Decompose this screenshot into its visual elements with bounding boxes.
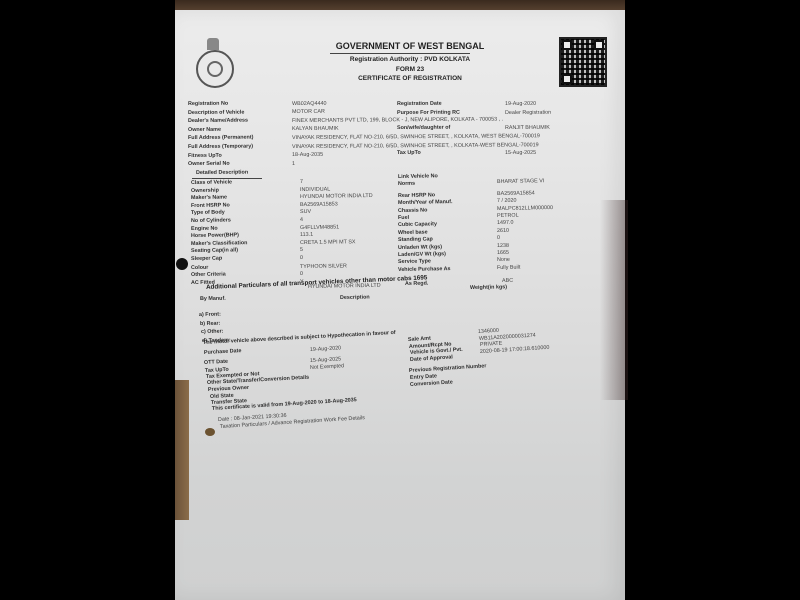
desc-value: 1238 <box>497 242 509 248</box>
field-value: WB02AQ4440 <box>292 100 327 106</box>
as-regd-label: As Regd. <box>405 281 428 287</box>
desc-label: Colour <box>191 264 208 270</box>
desc-value: Fully Built <box>497 264 520 270</box>
punch-hole <box>176 258 188 270</box>
certificate-title: CERTIFICATE OF REGISTRATION <box>300 75 520 82</box>
seal-stamp-icon <box>205 428 215 436</box>
field-label: Full Address (Temporary) <box>188 144 253 150</box>
field-label: Fitness UpTo <box>188 152 222 158</box>
emblem-crest-icon <box>207 38 219 50</box>
state-emblem-icon <box>196 50 234 88</box>
axle-item: a) Front: <box>199 312 221 318</box>
field-label: Description of Vehicle <box>188 109 244 115</box>
desc-label: Service Type <box>398 259 431 266</box>
field-value: Dealer Registration <box>505 109 551 115</box>
desc-label: Engine No <box>191 225 218 231</box>
desc-value: INDIVIDUAL <box>300 186 330 192</box>
desc-label: Horse Power(BHP) <box>191 233 239 240</box>
desc-label: Sleeper Cap <box>191 256 222 262</box>
field-label: Owner Name <box>188 127 221 133</box>
desc-label: Cubic Capacity <box>398 222 437 229</box>
desc-label: No of Cylinders <box>191 217 231 224</box>
desc-value: BA2569A15853 <box>300 201 338 208</box>
desc-value: 7 <box>300 179 303 185</box>
field-value: FINEX MERCHANTS PVT LTD, 199, BLOCK - J,… <box>292 116 503 123</box>
desc-label: Front HSRP No <box>191 202 230 209</box>
desc-value: 0 <box>300 255 303 261</box>
field-value: KALYAN BHAUMIK <box>292 126 339 132</box>
desc-value: 1497.0 <box>497 220 514 226</box>
description-label: Description <box>340 294 370 301</box>
desc-label: Vehicle Purchase As <box>398 266 451 273</box>
desc-value: None <box>497 257 510 263</box>
paper-curl-shadow <box>600 200 628 400</box>
desc-value: 2610 <box>497 228 509 234</box>
form-number: FORM 23 <box>300 66 520 73</box>
field-label: Registration Date <box>397 101 442 107</box>
desc-value: TYPHOON SILVER <box>300 263 347 270</box>
desc-value: CRETA 1.5 MPI MT SX <box>300 239 356 246</box>
registration-authority: Registration Authority : PVD KOLKATA <box>300 56 520 63</box>
desc-label: Link Vehicle No <box>398 173 438 180</box>
field-value: RANJIT BHAUMIK <box>505 125 550 131</box>
field-label: Tax UpTo <box>397 150 421 156</box>
desc-value: G4FLLVM48851 <box>300 224 339 231</box>
desc-value: ABC <box>502 278 513 284</box>
desc-value: 0 <box>497 235 500 241</box>
desc-value: MALPC812LLM000000 <box>497 205 553 212</box>
desc-label: Standing Cap <box>398 237 433 244</box>
desc-value: 0 <box>300 271 303 277</box>
desc-label: Rear HSRP No <box>398 192 435 199</box>
table-edge <box>175 380 189 520</box>
desc-value: 113.1 <box>300 232 313 238</box>
field-value: MOTOR CAR <box>292 109 325 115</box>
field-label: Registration No <box>188 101 228 107</box>
field-value: 15-Aug-2025 <box>505 150 536 156</box>
field-value: 1 <box>292 161 295 167</box>
desc-label: Wheel base <box>398 229 428 236</box>
desc-label: Class of Vehicle <box>191 179 232 186</box>
qr-code-icon <box>559 37 607 87</box>
field-label: Full Address (Permanent) <box>188 135 253 141</box>
field-value: 18-Aug-2035 <box>292 152 323 158</box>
field-label: Owner Serial No <box>188 161 230 167</box>
field-value: VINAYAK RESIDENCY, FLAT NO-210, 6/5D, SW… <box>292 142 539 150</box>
desc-label: Month/Year of Manuf. <box>398 199 453 206</box>
desc-label: Laden/GV Wt (kgs) <box>398 251 446 258</box>
axle-item: c) Other: <box>201 329 224 335</box>
desc-value: PETROL <box>497 213 519 219</box>
field-label: Purpose For Printing RC <box>397 109 460 115</box>
desc-value: 4 <box>300 217 303 223</box>
section-detailed-description: Detailed Description <box>196 170 248 176</box>
hyp-value: 1346000 <box>478 328 499 335</box>
title-underline <box>330 53 470 54</box>
field-label: Son/wife/daughter of <box>397 125 450 131</box>
desc-label: Fuel <box>398 215 409 221</box>
weight-label: Weight(in kgs) <box>470 284 507 291</box>
desc-label: Norms <box>398 181 415 187</box>
transport-maker: HYUNDAI MOTOR INDIA LTD <box>308 283 381 290</box>
desc-label: Unladen Wt (kgs) <box>398 244 442 251</box>
desc-label: Type of Body <box>191 210 225 216</box>
government-title: GOVERNMENT OF WEST BENGAL <box>300 41 520 51</box>
desc-label: Maker's Name <box>191 195 227 202</box>
registration-certificate-paper <box>175 10 625 600</box>
desc-value: 1665 <box>497 250 509 256</box>
desc-value: 5 <box>300 247 303 253</box>
desc-label: Ownership <box>191 187 219 193</box>
desc-value: SUV <box>300 209 311 215</box>
desc-value: HYUNDAI MOTOR INDIA LTD <box>300 193 373 200</box>
desc-label: Seating Cap(in all) <box>191 248 238 255</box>
desc-value: BA2569A15854 <box>497 190 535 197</box>
hyp-label: OTT Date <box>204 359 228 366</box>
by-manuf-label: By Manuf. <box>200 296 226 302</box>
field-value: 19-Aug-2020 <box>505 101 536 107</box>
axle-item: b) Rear: <box>200 320 220 326</box>
desc-label: Chassis No <box>398 207 427 214</box>
desc-label: Other Criteria <box>191 272 226 278</box>
desc-label: Maker's Classification <box>191 240 248 247</box>
desc-value: 7 / 2020 <box>497 198 517 204</box>
field-label: Dealer's Name/Address <box>188 118 248 124</box>
